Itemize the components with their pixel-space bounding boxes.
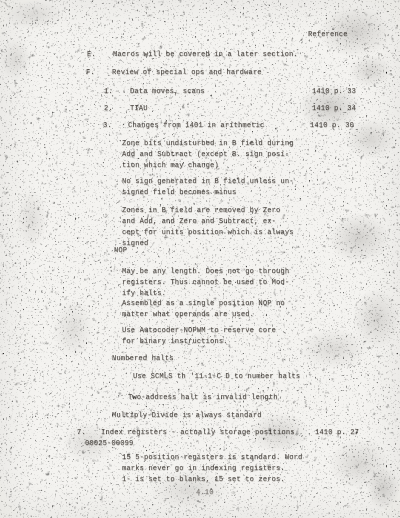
numbered-halts-note: Two-address halt is invalid length <box>128 393 278 404</box>
scan-smudge <box>352 288 400 350</box>
scan-smudge <box>366 466 400 510</box>
scan-smudge <box>52 298 94 360</box>
scanned-document-page: Reference E. Macros will be covered in a… <box>0 0 400 518</box>
item-7-note-paragraph: 15 5-position registers is standard. Wor… <box>122 453 302 486</box>
item-2-number: 2. <box>104 104 113 115</box>
footer-page-number: 4.10 <box>196 488 214 499</box>
item-nop-title: NOP <box>114 246 127 257</box>
item-7-text-line1: Index registers - actually storage posit… <box>101 428 295 439</box>
numbered-halts-title: Numbered halts <box>112 354 174 365</box>
multiply-divide-line: Multiply-Divide is always standard <box>112 411 262 422</box>
item-3-reference: 1410 p. 30 <box>310 121 354 132</box>
item-1-number: 1. <box>104 87 113 98</box>
item-3-note-paragraph: Zone bits undisturbed in B field during … <box>122 139 294 172</box>
item-1-reference: 1410 p. 33 <box>312 87 356 98</box>
item-3-note-paragraph: No sign generated in B field unless un- … <box>122 177 294 199</box>
scan-smudge <box>0 38 32 82</box>
item-f-label: F. <box>86 68 95 79</box>
scan-smudge <box>16 188 48 250</box>
nop-note-paragraph: Assembled as a single position NOP no ma… <box>122 299 285 321</box>
item-7-text-line2: 00025-00099 <box>85 439 133 450</box>
item-7-number: 7. <box>77 428 86 439</box>
item-2-text: TIAU <box>130 104 148 115</box>
item-3-number: 3. <box>103 121 112 132</box>
nop-note-paragraph: Use Autocoder-NOPWM to reserve core for … <box>122 326 276 348</box>
item-7-reference: 1410 p. 27 <box>315 428 359 439</box>
reference-column-header: Reference <box>308 30 348 41</box>
item-3-note-paragraph: Zones in B field are removed by Zero and… <box>122 206 294 250</box>
nop-note-paragraph: May be any length. Does not go through r… <box>122 267 289 300</box>
scan-smudge <box>328 438 390 490</box>
item-f-text: Review of special ops and hardware <box>112 68 262 79</box>
item-2-reference: 1410 p. 34 <box>312 104 356 115</box>
numbered-halts-note: Use SCMLS th '11-1-C D to number halts <box>133 372 300 383</box>
scan-smudge <box>298 328 370 370</box>
item-e-label: E. <box>87 50 96 61</box>
scan-smudge <box>328 212 390 264</box>
item-e-text: Macros will be covered in a later sectio… <box>113 50 298 61</box>
scan-smudge <box>4 0 64 30</box>
item-1-text: Data moves, scans <box>130 87 205 98</box>
item-3-text: Changes from 1401 in arithmetic <box>128 121 264 132</box>
scan-smudge <box>348 54 392 88</box>
